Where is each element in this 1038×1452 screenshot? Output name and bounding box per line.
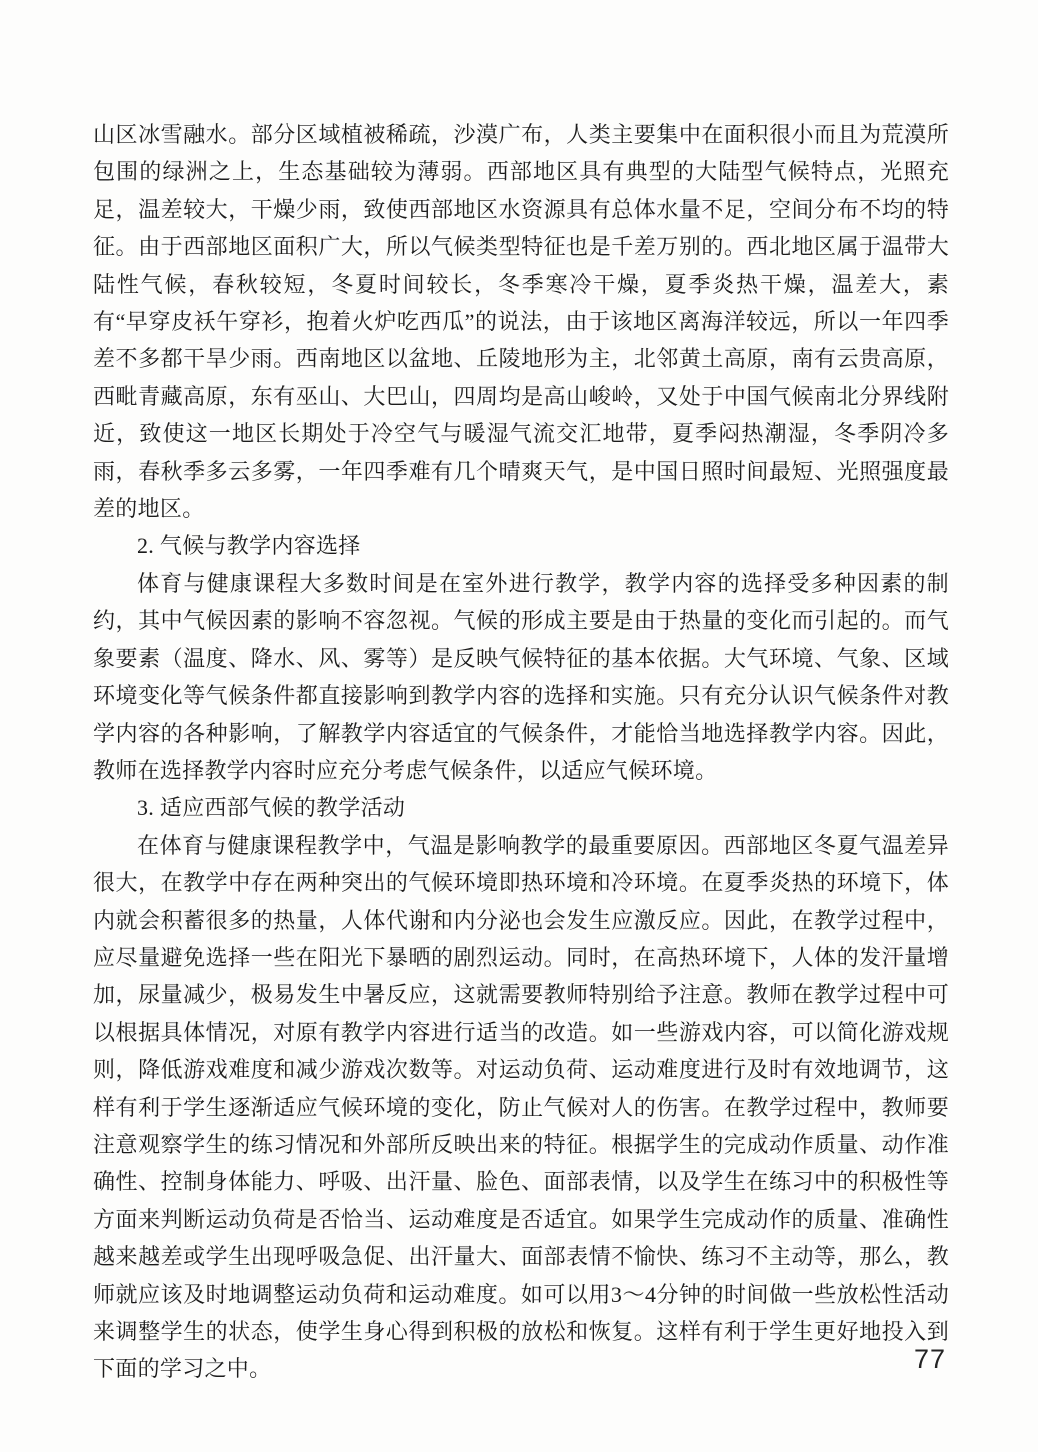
section-heading-climate-content-selection: 2. 气候与教学内容选择 (93, 527, 949, 564)
paragraph-climate-content-selection: 体育与健康课程大多数时间是在室外进行教学，教学内容的选择受多种因素的制约，其中气… (93, 565, 949, 789)
document-page: 山区冰雪融水。部分区域植被稀疏，沙漠广布，人类主要集中在面积很小而且为荒漠所包围… (0, 0, 1038, 1452)
text-content: 山区冰雪融水。部分区域植被稀疏，沙漠广布，人类主要集中在面积很小而且为荒漠所包围… (93, 116, 949, 1388)
paragraph-continuation: 山区冰雪融水。部分区域植被稀疏，沙漠广布，人类主要集中在面积很小而且为荒漠所包围… (93, 116, 949, 527)
page-number: 77 (914, 1344, 946, 1375)
paragraph-western-climate-activities: 在体育与健康课程教学中，气温是影响教学的最重要原因。西部地区冬夏气温差异很大，在… (93, 827, 949, 1388)
section-heading-western-climate-activities: 3. 适应西部气候的教学活动 (93, 789, 949, 826)
